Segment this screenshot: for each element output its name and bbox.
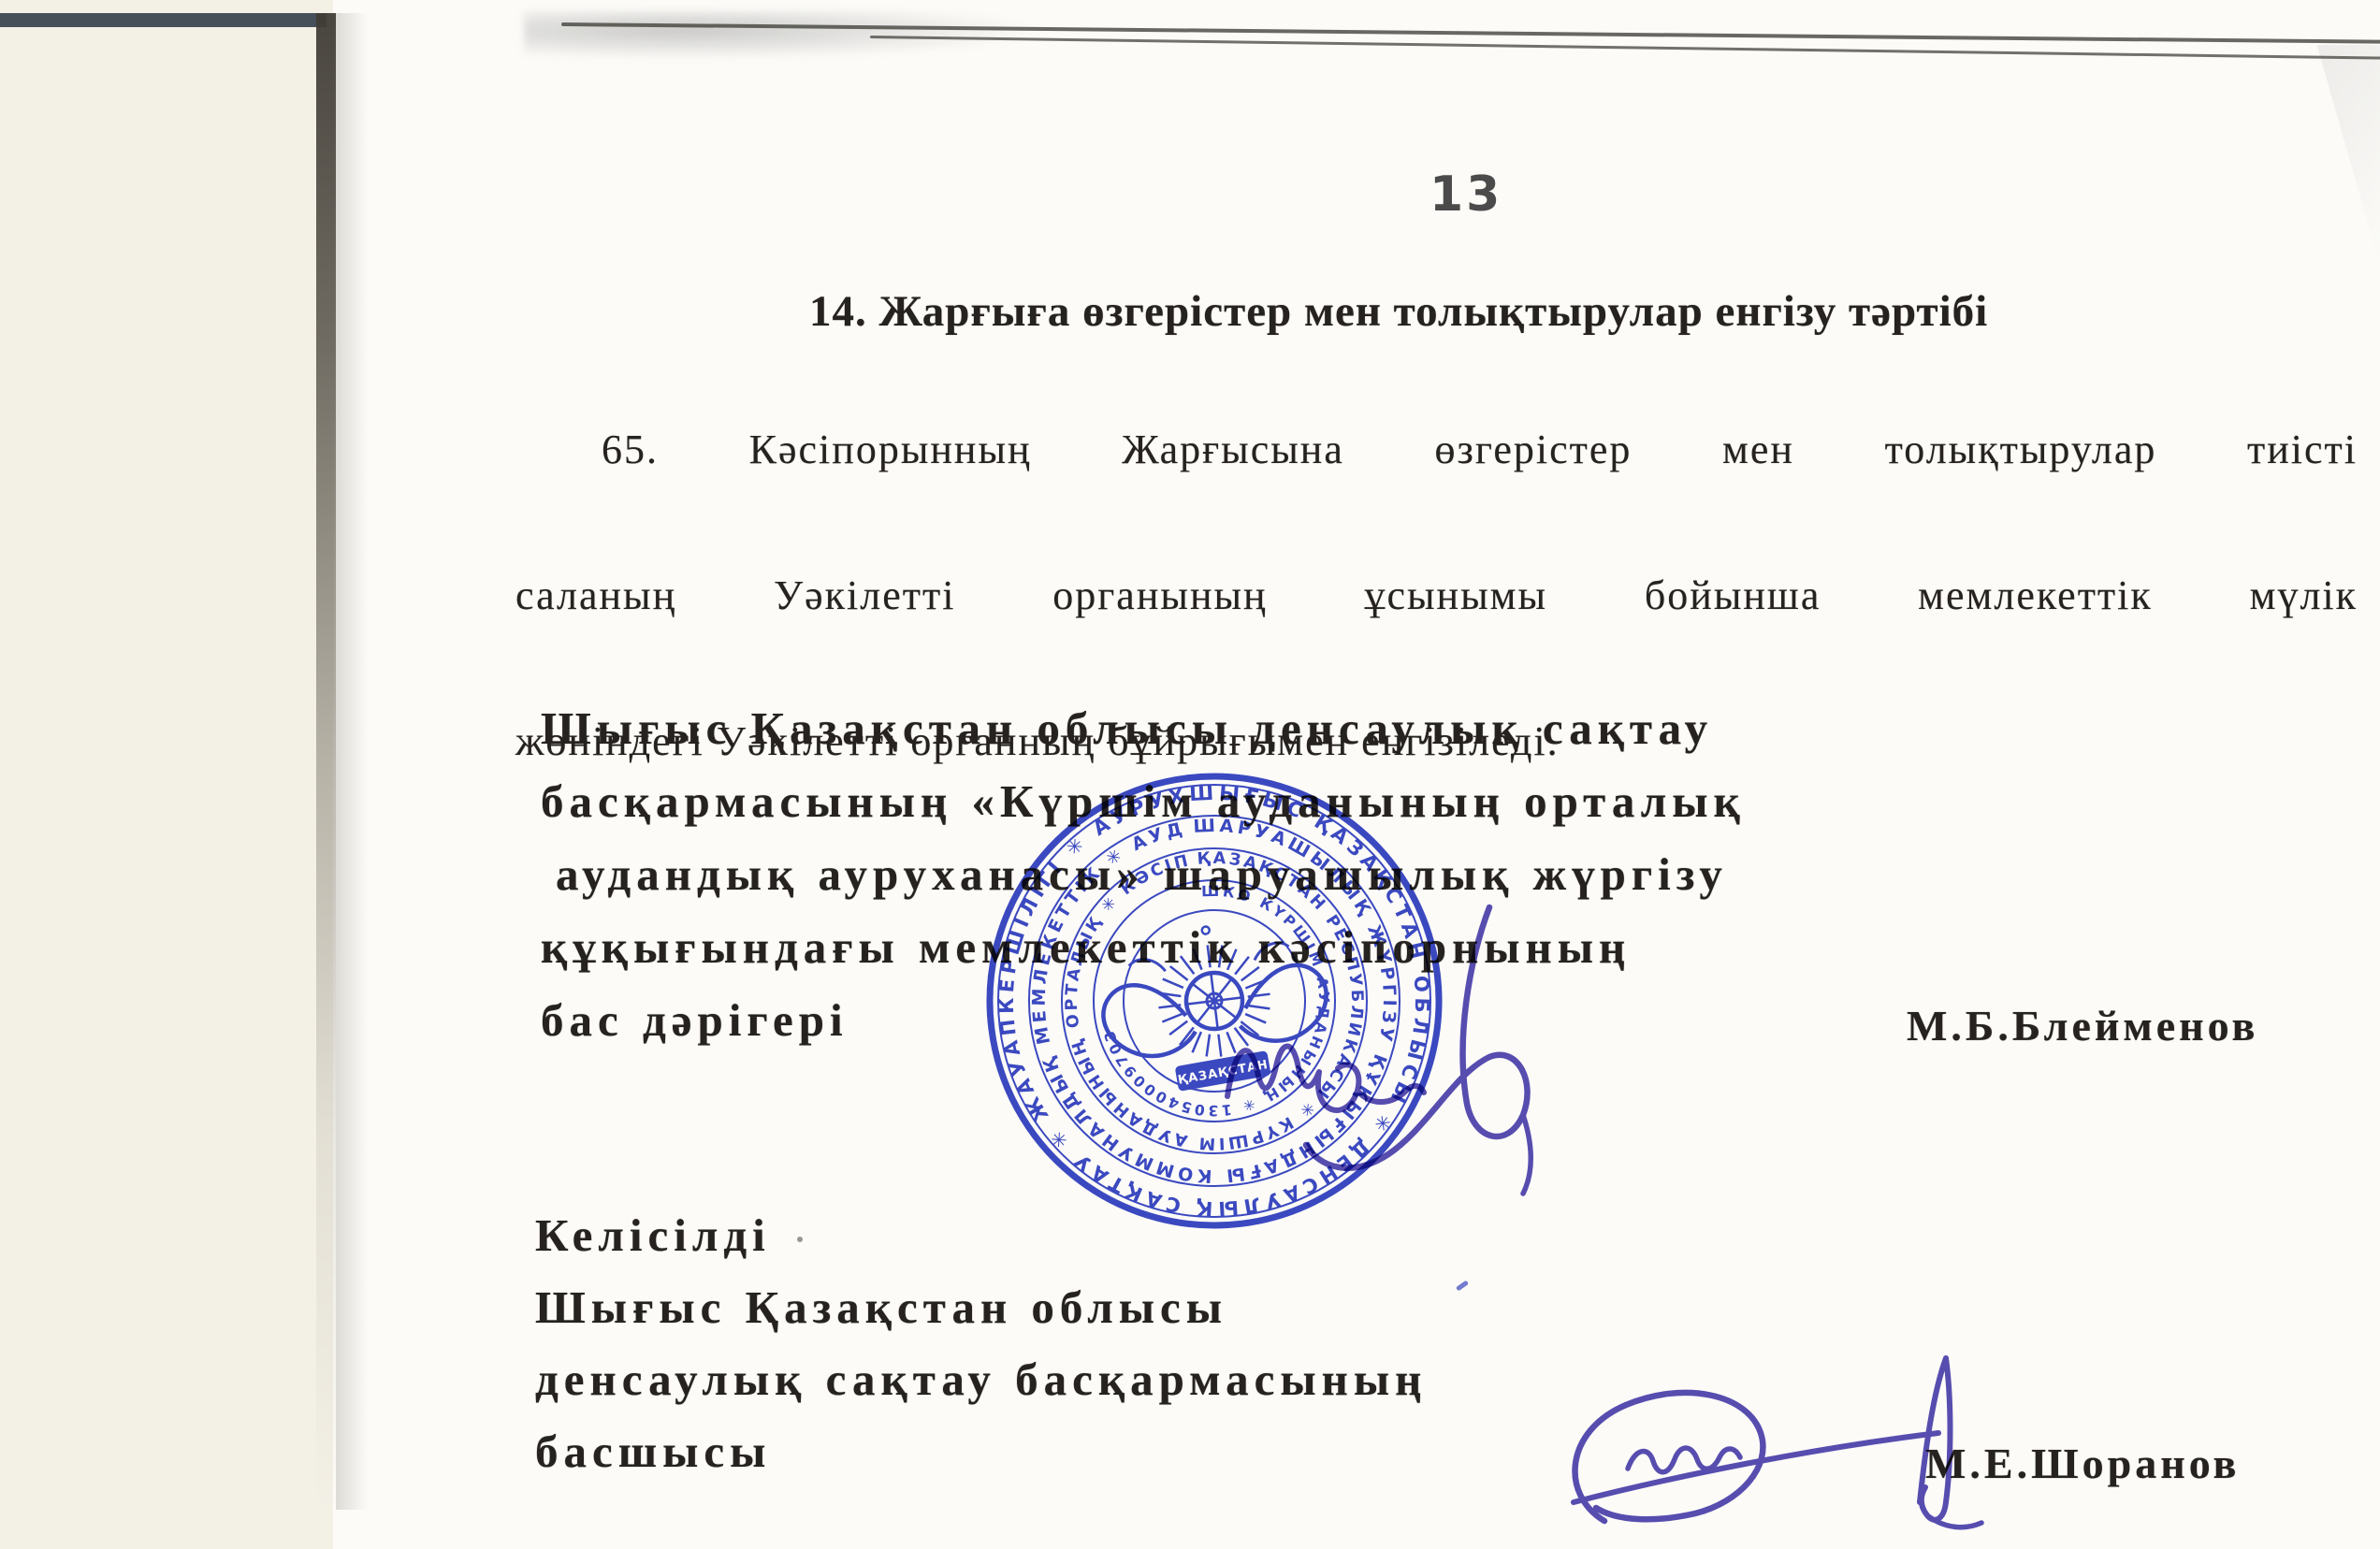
signature-loop-stroke <box>1306 907 1528 1168</box>
scan-left-edge-band <box>0 0 333 1549</box>
approval-title-line: денсаулық сақтау басқармасының <box>535 1343 1427 1415</box>
signature-spike-stroke <box>1920 1358 1951 1520</box>
signature-tail-stroke <box>1523 1115 1531 1194</box>
scan-speck-blue <box>1456 1280 1469 1291</box>
scanned-document: 13 14. Жарғыға өзгерістер мен толықтырул… <box>0 0 2380 1549</box>
approval-block: Келісілді Шығыс Қазақстан облысы денсаул… <box>535 1199 1427 1487</box>
section-heading: 14. Жарғыға өзгерістер мен толықтырулар … <box>809 286 1988 337</box>
scan-left-edge-dark-bar <box>0 13 327 27</box>
paragraph-line: 65. Кәсіпорынның Жарғысына өзгерістер ме… <box>515 413 2358 559</box>
signatory-name: М.Б.Блейменов <box>1907 1001 2258 1050</box>
signature-shoranov <box>1516 1326 2002 1549</box>
scan-fold-shadow-fade <box>336 13 368 1510</box>
signature-letters-stroke <box>1227 1047 1424 1110</box>
scan-fold-shadow-strip <box>316 13 336 1510</box>
signature-oval-stroke <box>1575 1393 1763 1521</box>
approval-title-line: Шығыс Қазақстан облысы <box>535 1271 1427 1343</box>
signature-bleimenov <box>1160 879 1553 1235</box>
approval-title-line: басшысы <box>535 1415 1427 1487</box>
scan-top-smudge <box>524 11 1048 60</box>
scan-corner-shade <box>2240 45 2380 447</box>
paragraph-line: саланың Уәкілетті органының ұсынымы бойы… <box>515 559 2358 705</box>
page-number: 13 <box>1429 166 1502 223</box>
signatory-title-line: Шығыс Қазақстан облысы денсаулық сақтау <box>541 692 1746 765</box>
